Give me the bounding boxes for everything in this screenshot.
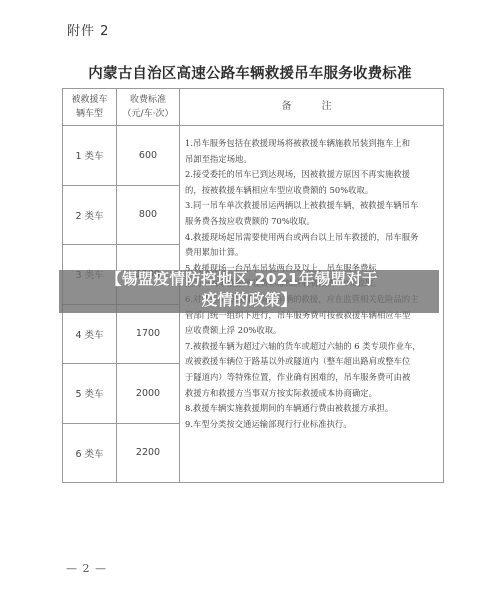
note-line: 应收费额上浮 20%收取。	[185, 323, 440, 339]
note-line: 3.同一吊车单次救援吊运两辆以上被救援车辆，被救援车辆吊车	[185, 198, 440, 214]
overlay-caption-line-1: 【锡盟疫情防控地区,2021年锡盟对于	[45, 269, 439, 290]
attachment-label: 附件 2	[67, 20, 109, 39]
fee-cell: 2200	[117, 423, 180, 483]
vehicle-type-cell: 2 类车	[63, 185, 117, 245]
overlay-caption: 【锡盟疫情防控地区,2021年锡盟对于 疫情的政策】	[59, 269, 439, 311]
vehicle-type-cell: 1 类车	[63, 126, 117, 186]
note-line: 8.救援车辆实施救援期间的车辆通行费由被救援方承担。	[185, 401, 440, 417]
header-fee: 收费标准 （元/车·次）	[117, 89, 180, 126]
note-line: 2.接受委托的吊车已到达现场，因被救援方原因不再实施救援	[185, 167, 440, 183]
fee-cell: 600	[117, 126, 180, 186]
note-line: 于隧道内）等特殊位置，作业确有困难的，吊车服务费可由被	[185, 370, 440, 386]
table-header-row: 被救援车 辆车型 收费标准 （元/车·次） 备 注	[63, 89, 444, 126]
fee-cell: 2000	[117, 364, 180, 424]
note-line: 9.车型分类按交通运输部现行行业标准执行。	[185, 417, 440, 433]
vehicle-type-cell: 5 类车	[63, 364, 117, 424]
vehicle-type-cell: 6 类车	[63, 423, 117, 483]
note-line: 吊卸至指定场地。	[185, 152, 440, 168]
header-vehicle-type: 被救援车 辆车型	[63, 89, 117, 126]
fee-cell: 800	[117, 185, 180, 245]
note-line: 7.被救援车辆为超过六轴的货车或超过六轴的 6 类专项作业车，	[185, 339, 440, 355]
header-notes: 备 注	[180, 89, 444, 126]
overlay-caption-line-2: 疫情的政策】	[59, 290, 439, 311]
note-line: 的，按被救援车辆相应车型应收费额的 50%收取。	[185, 183, 440, 199]
table-row: 1 类车 600 1.吊车服务包括在救援现场将被救援车辆施救吊装到拖车上和 吊卸…	[63, 126, 444, 186]
note-line: 费用累加计算。	[185, 245, 440, 261]
note-line: 服务费各按应收费额的 70%收取。	[185, 214, 440, 230]
note-line: 4.救援现场起吊需要使用两台或两台以上吊车救援的，吊车服务	[185, 230, 440, 246]
note-line: 1.吊车服务包括在救援现场将被救援车辆施救吊装到拖车上和	[185, 136, 440, 152]
page-number: — 2 —	[66, 562, 107, 575]
note-line: 或被救援车辆位于路基以外或隧道内（整车超出路肩或整车位	[185, 354, 440, 370]
note-line: 救援方和救援方当事双方按实际救援成本协商确定。	[185, 386, 440, 402]
document-title: 内蒙古自治区高速公路车辆救援吊车服务收费标准	[62, 62, 438, 83]
